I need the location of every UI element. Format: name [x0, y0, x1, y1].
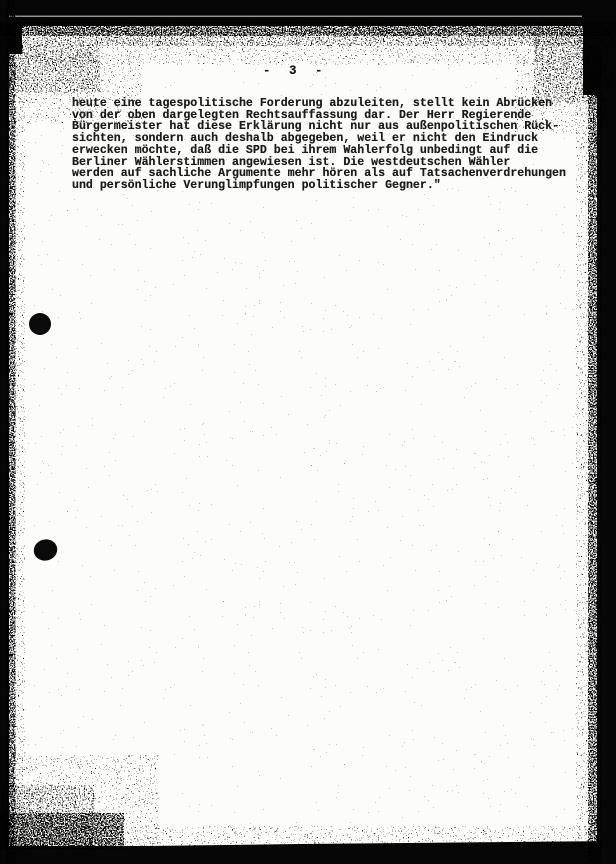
scanned-document-page: - 3 - heute eine tagespolitische Forderu… [0, 0, 616, 864]
body-text-line: und persönliche Verunglimpfungen politis… [72, 180, 582, 192]
scan-scratch-line [6, 16, 582, 17]
body-text-line: erwecken möchte, daß die SPD bei ihrem W… [72, 145, 582, 157]
page-number: - 3 - [263, 64, 328, 78]
body-text-line: heute eine tagespolitische Forderung abz… [72, 98, 582, 110]
document-body: heute eine tagespolitische Forderung abz… [72, 98, 582, 192]
